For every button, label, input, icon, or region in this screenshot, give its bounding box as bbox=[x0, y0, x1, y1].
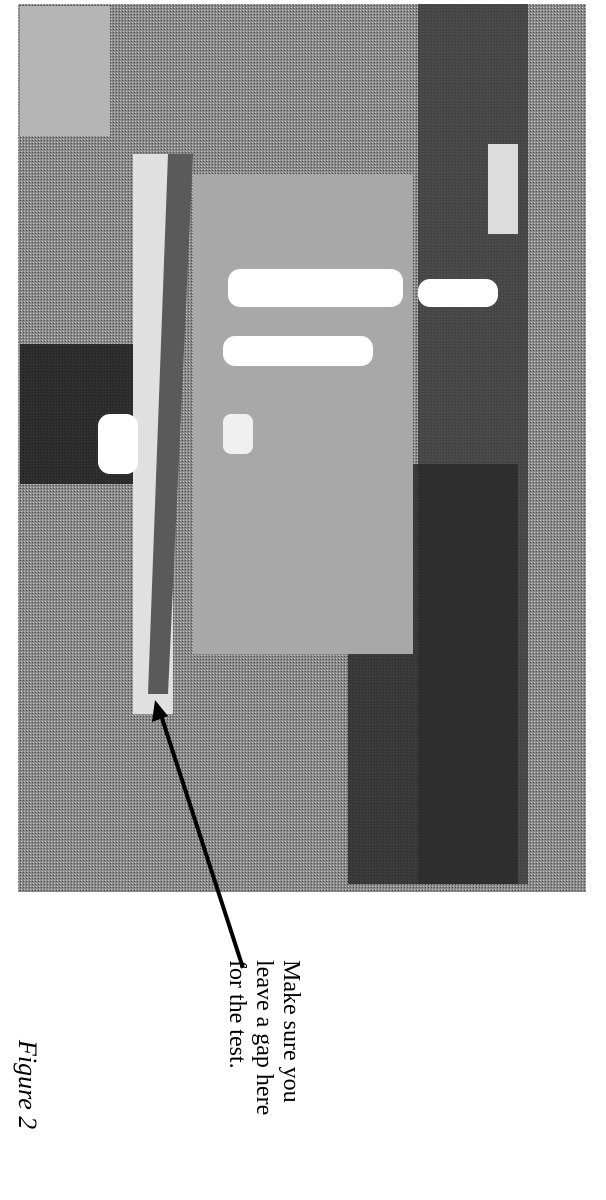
figure-photo bbox=[18, 4, 586, 892]
annotation-text: Make sure you leave a gap here for the t… bbox=[194, 960, 304, 1200]
annotation-line-2: leave a gap here bbox=[250, 960, 277, 1200]
annotation-line-1: Make sure you bbox=[277, 960, 304, 1200]
machine-photo-placeholder bbox=[18, 4, 586, 892]
figure-caption: Figure 2 bbox=[2, 1040, 42, 1190]
annotation-line-3: for the test. bbox=[223, 960, 250, 1200]
